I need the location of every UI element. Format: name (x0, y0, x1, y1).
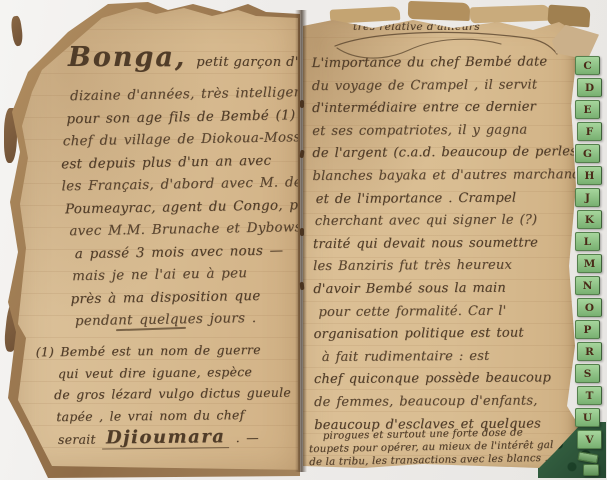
index-tab: G (575, 144, 600, 163)
footnote-line: qui veut dire iguane, espèce (58, 360, 291, 384)
footnote-end-pre: serait (58, 432, 96, 447)
text-line: dizaine d'années, très intelligent (70, 82, 333, 109)
text-line: cherchant avec qui signer le (?) (315, 209, 607, 234)
text-line: du voyage de Crampel , il servit (312, 74, 607, 99)
torn-edge (470, 5, 551, 24)
footnote-last-line: serait Djioumara . — (36, 425, 259, 451)
index-tab: F (577, 122, 602, 141)
index-tab: E (575, 100, 600, 119)
stitch-knot (300, 228, 304, 236)
text-line: organisation politique est tout (314, 322, 607, 347)
footnote-text: (1) Bembé est un nom de guerrequi veut d… (36, 339, 292, 428)
chief-real-name: Djioumara (102, 426, 230, 449)
text-line: de l'argent (c.a.d. beaucoup de perles (312, 141, 607, 166)
text-line: les Banziris fut très heureux (313, 254, 607, 279)
text-line: chef quiconque possède beaucoup (314, 367, 607, 392)
index-tab: T (577, 386, 602, 405)
text-line: à fait rudimentaire : est (322, 345, 607, 370)
index-tab: C (575, 56, 600, 75)
footnote-line: de gros lézard vulgo dictus gueule (54, 382, 291, 406)
footnote-end-post: . — (236, 430, 259, 445)
index-tab: M (577, 254, 602, 273)
index-tab: K (577, 210, 602, 229)
text-line: pour cette formalité. Car l' (318, 299, 607, 324)
right-page-small-text: pirogues et surtout une forte dose detou… (309, 426, 554, 469)
opening-line: Bonga,petit garçon d'une (68, 42, 324, 73)
torn-edge (330, 6, 401, 24)
index-tab: O (577, 298, 602, 317)
binding-gutter (295, 10, 307, 472)
index-tab: V (577, 430, 602, 449)
stitch-knot (300, 282, 305, 290)
text-line: d'avoir Bembé sous la main (313, 277, 607, 302)
index-tab: J (575, 188, 600, 207)
footnote-line: (1) Bembé est un nom de guerre (36, 339, 291, 363)
footnote-line: tapée , le vrai nom du chef (56, 403, 291, 427)
right-page-text: L'importance du chef Bembé datedu voyage… (312, 51, 607, 437)
index-tab: S (575, 364, 600, 383)
opening-word: Bonga, (68, 42, 186, 73)
index-tab: U (575, 408, 600, 427)
index-tab: P (575, 320, 600, 339)
notebook-scan: Note ✳ Bonga,petit garçon d'une dizaine … (0, 0, 607, 480)
index-tabs: CDEFGHJKLMNOPRSTUV (575, 56, 603, 452)
index-tab: D (577, 78, 602, 97)
torn-index-tabs (575, 452, 603, 476)
index-tab: L (575, 232, 600, 251)
index-tab: R (577, 342, 602, 361)
torn-tab-stub (583, 464, 599, 476)
text-line: de femmes, beaucoup d'enfants, (314, 390, 607, 415)
text-line: chef du village de Diokoua-Mossoua (63, 127, 334, 154)
left-page: Note ✳ Bonga,petit garçon d'une dizaine … (16, 8, 298, 472)
text-line: d'intermédiaire entre ce dernier (312, 96, 607, 121)
text-line: les Français, d'abord avec M. de (61, 172, 334, 199)
index-tab: H (577, 166, 602, 185)
text-line: traité qui devait nous soumettre (313, 232, 607, 257)
torn-edge (408, 1, 471, 21)
index-tab: N (575, 276, 600, 295)
text-line: blanches bayaka et d'autres marchandises… (312, 164, 607, 189)
right-page: très relative d'ailleurs L'importance du… (303, 16, 579, 468)
note-label: Note (36, 26, 67, 39)
torn-page-stub (10, 15, 24, 46)
stitch-knot (300, 100, 304, 108)
text-line: et de l'importance . Crampel (316, 187, 607, 212)
text-line: et ses compatriotes, il y gagna (312, 119, 607, 144)
text-line: L'importance du chef Bembé date (312, 51, 607, 76)
torn-tab-stub (577, 451, 598, 463)
